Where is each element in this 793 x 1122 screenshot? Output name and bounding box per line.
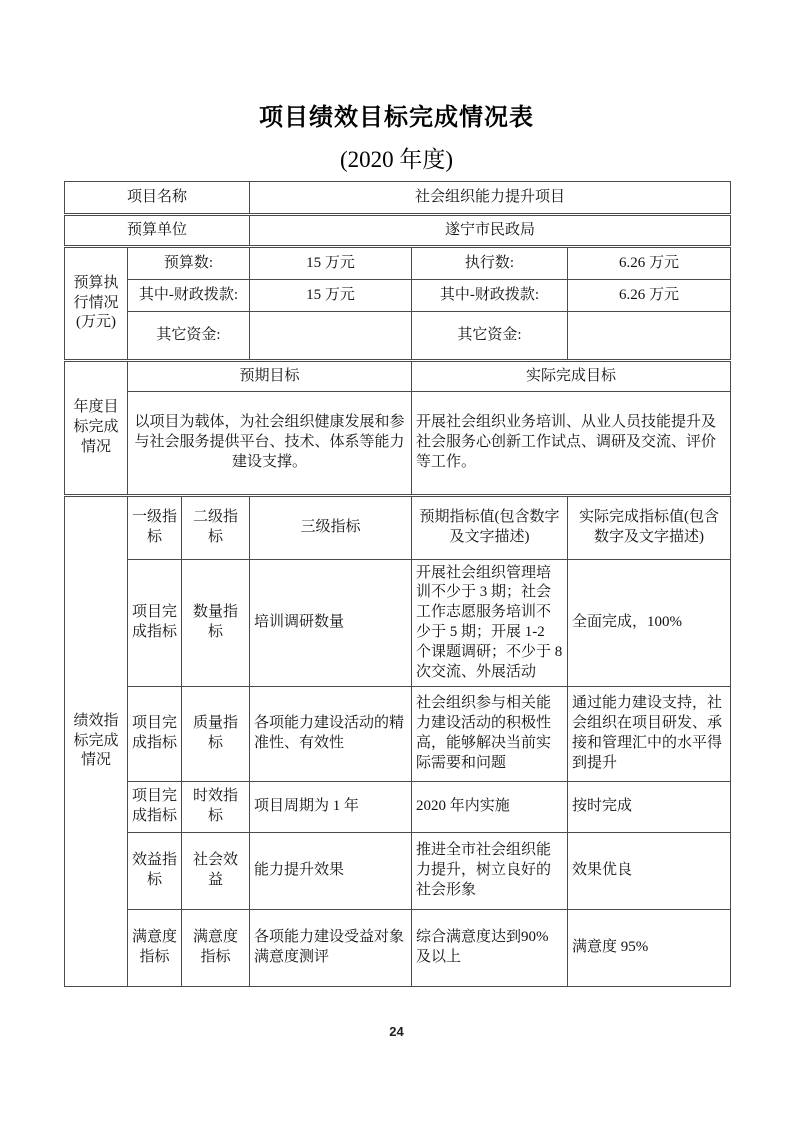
indicator-actual: 全面完成，100%: [568, 560, 731, 687]
row-project-name: 项目名称 社会组织能力提升项目: [65, 182, 731, 215]
expected-value-header: 预期指标值(包含数字及文字描述): [412, 496, 568, 560]
row-annual-goal-header: 年度目标完成情况 预期目标 实际完成目标: [65, 361, 731, 392]
document-page: 项目绩效目标完成情况表 (2020 年度) 项目名称 社会组织能力提升项目 预算…: [0, 0, 793, 1122]
indicator-actual: 通过能力建设支持，社会组织在项目研发、承接和管理汇中的水平得到提升: [568, 687, 731, 782]
indicator-actual: 满意度 95%: [568, 910, 731, 987]
row-budget-2: 其中-财政拨款: 15 万元 其中-财政拨款: 6.26 万元: [65, 280, 731, 312]
page-title: 项目绩效目标完成情况表: [0, 0, 793, 132]
row-budget-unit: 预算单位 遂宁市民政局: [65, 215, 731, 247]
level2-indicator-header: 二级指标: [182, 496, 250, 560]
row-annual-goal-content: 以项目为载体，为社会组织健康发展和参与社会服务提供平台、技术、体系等能力建设支撑…: [65, 392, 731, 496]
indicator-level3: 各项能力建设受益对象满意度测评: [250, 910, 412, 987]
indicator-actual: 效果优良: [568, 833, 731, 910]
row-indicator-header: 绩效指标完成情况 一级指标 二级指标 三级指标 预期指标值(包含数字及文字描述)…: [65, 496, 731, 560]
indicator-expected: 开展社会组织管理培训不少于 3 期；社会工作志愿服务培训不少于 5 期；开展 1…: [412, 560, 568, 687]
executed-fiscal-label: 其中-财政拨款:: [412, 280, 568, 312]
level1-indicator-header: 一级指标: [128, 496, 182, 560]
actual-value-header: 实际完成指标值(包含数字及文字描述): [568, 496, 731, 560]
executed-other-label: 其它资金:: [412, 312, 568, 361]
budget-execution-label: 预算执行情况(万元): [65, 247, 128, 361]
row-indicator-quality: 项目完成指标 质量指标 各项能力建设活动的精准性、有效性 社会组织参与相关能力建…: [65, 687, 731, 782]
indicator-expected: 综合满意度达到90%及以上: [412, 910, 568, 987]
row-indicator-satisfaction: 满意度指标 满意度指标 各项能力建设受益对象满意度测评 综合满意度达到90%及以…: [65, 910, 731, 987]
row-indicator-quantity: 项目完成指标 数量指标 培训调研数量 开展社会组织管理培训不少于 3 期；社会工…: [65, 560, 731, 687]
executed-fiscal-value: 6.26 万元: [568, 280, 731, 312]
budget-amount-value: 15 万元: [250, 247, 412, 280]
indicator-level1: 项目完成指标: [128, 687, 182, 782]
indicator-expected: 推进全市社会组织能力提升，树立良好的社会形象: [412, 833, 568, 910]
indicator-expected: 2020 年内实施: [412, 782, 568, 833]
row-indicator-timeliness: 项目完成指标 时效指标 项目周期为 1 年 2020 年内实施 按时完成: [65, 782, 731, 833]
indicator-level1: 满意度指标: [128, 910, 182, 987]
budget-unit-label: 预算单位: [65, 215, 250, 247]
performance-section-label: 绩效指标完成情况: [65, 496, 128, 987]
indicator-level2: 满意度指标: [182, 910, 250, 987]
indicator-level1: 项目完成指标: [128, 782, 182, 833]
executed-amount-label: 执行数:: [412, 247, 568, 280]
row-budget-1: 预算执行情况(万元) 预算数: 15 万元 执行数: 6.26 万元: [65, 247, 731, 280]
page-subtitle: (2020 年度): [0, 141, 793, 174]
indicator-expected: 社会组织参与相关能力建设活动的积极性高，能够解决当前实际需要和问题: [412, 687, 568, 782]
row-indicator-benefit: 效益指标 社会效益 能力提升效果 推进全市社会组织能力提升，树立良好的社会形象 …: [65, 833, 731, 910]
budget-other-label: 其它资金:: [128, 312, 250, 361]
actual-goal-header: 实际完成目标: [412, 361, 731, 392]
budget-unit-value: 遂宁市民政局: [250, 215, 731, 247]
performance-report-table: 项目名称 社会组织能力提升项目 预算单位 遂宁市民政局 预算执行情况(万元) 预…: [64, 181, 731, 987]
indicator-level3: 能力提升效果: [250, 833, 412, 910]
indicator-level2: 社会效益: [182, 833, 250, 910]
expected-goal-text: 以项目为载体，为社会组织健康发展和参与社会服务提供平台、技术、体系等能力建设支撑…: [128, 392, 412, 496]
page-number: 24: [0, 1024, 793, 1039]
indicator-level3: 培训调研数量: [250, 560, 412, 687]
project-name-value: 社会组织能力提升项目: [250, 182, 731, 215]
row-budget-3: 其它资金: 其它资金:: [65, 312, 731, 361]
indicator-level3: 项目周期为 1 年: [250, 782, 412, 833]
indicator-level2: 数量指标: [182, 560, 250, 687]
indicator-level1: 效益指标: [128, 833, 182, 910]
indicator-level2: 质量指标: [182, 687, 250, 782]
budget-other-value: [250, 312, 412, 361]
executed-amount-value: 6.26 万元: [568, 247, 731, 280]
indicator-level2: 时效指标: [182, 782, 250, 833]
indicator-level1: 项目完成指标: [128, 560, 182, 687]
actual-goal-text: 开展社会组织业务培训、从业人员技能提升及社会服务心创新工作试点、调研及交流、评价…: [412, 392, 731, 496]
level3-indicator-header: 三级指标: [250, 496, 412, 560]
budget-amount-label: 预算数:: [128, 247, 250, 280]
project-name-label: 项目名称: [65, 182, 250, 215]
budget-fiscal-value: 15 万元: [250, 280, 412, 312]
indicator-level3: 各项能力建设活动的精准性、有效性: [250, 687, 412, 782]
expected-goal-header: 预期目标: [128, 361, 412, 392]
budget-fiscal-label: 其中-财政拨款:: [128, 280, 250, 312]
indicator-actual: 按时完成: [568, 782, 731, 833]
annual-goal-label: 年度目标完成情况: [65, 361, 128, 496]
executed-other-value: [568, 312, 731, 361]
